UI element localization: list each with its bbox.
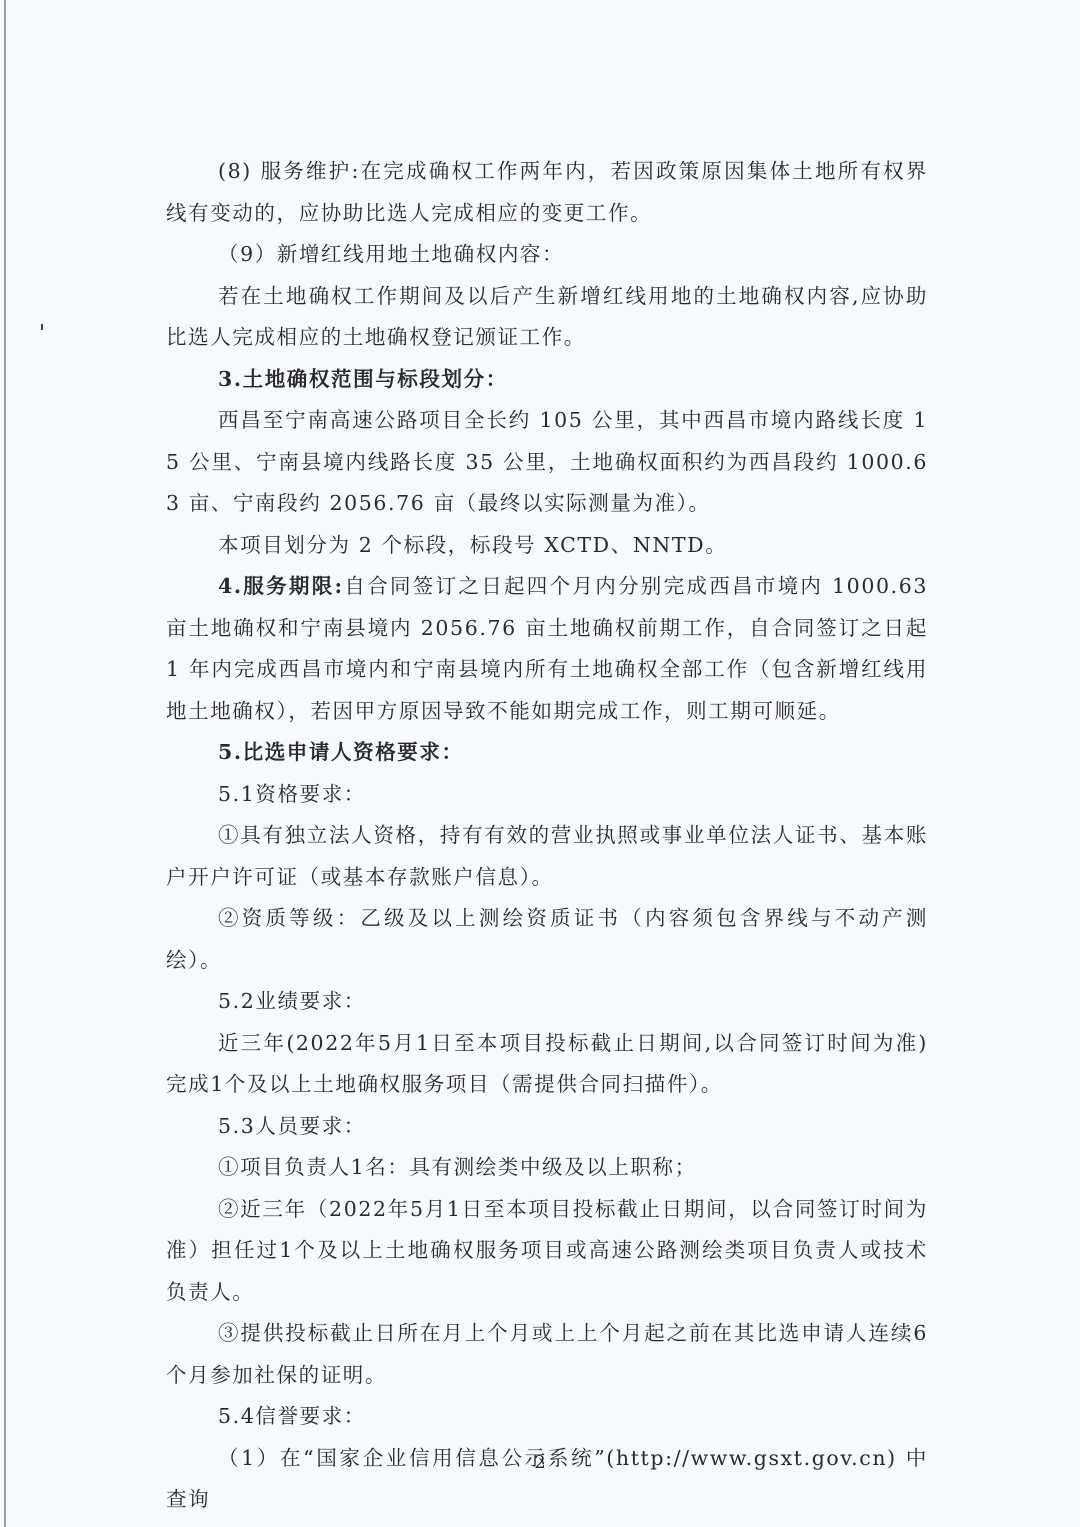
paragraph-legal-entity: ①具有独立法人资格，持有有效的营业执照或事业单位法人证书、基本账户开户许可证（或… [166,815,928,898]
paragraph-text: 5.3人员要求： [218,1114,366,1138]
document-page-body: (8) 服务维护:在完成确权工作两年内，若因政策原因集体土地所有权界线有变动的，… [166,151,928,1521]
paragraph-scope-length: 西昌至宁南高速公路项目全长约 105 公里，其中西昌市境内路线长度 15 公里、… [166,400,928,525]
subsection-heading-5-2: 5.2业绩要求： [166,981,928,1023]
paragraph-scope-sections: 本项目划分为 2 个标段，标段号 XCTD、NNTD。 [166,525,928,567]
paragraph-text: (8) 服务维护:在完成确权工作两年内，若因政策原因集体土地所有权界线有变动的，… [166,159,928,225]
subsection-heading-5-4: 5.4信誉要求： [166,1396,928,1438]
paragraph-credit-check: （1）在“国家企业信用信息公示系统”(http://www.gsxt.gov.c… [166,1438,928,1521]
paragraph-text: ①项目负责人1名：具有测绘类中级及以上职称； [218,1155,697,1179]
heading-text: 5.比选申请人资格要求： [218,740,464,764]
paragraph-text: 若在土地确权工作期间及以后产生新增红线用地的土地确权内容,应协助比选人完成相应的… [166,284,928,350]
paragraph-text: 5.2业绩要求： [218,989,366,1013]
paragraph-text: ②近三年（2022年5月1日至本项目投标截止日期间，以合同签订时间为准）担任过1… [166,1197,928,1304]
subsection-heading-5-3: 5.3人员要求： [166,1106,928,1148]
section-heading-scope: 3.土地确权范围与标段划分： [166,359,928,401]
paragraph-text: （9）新增红线用地土地确权内容： [218,242,564,266]
heading-text: 4.服务期限: [218,574,344,598]
paragraph-text: 近三年(2022年5月1日至本项目投标截止日期间,以合同签订时间为准)完成1个及… [166,1031,928,1097]
paragraph-text: 西昌至宁南高速公路项目全长约 105 公里，其中西昌市境内路线长度 15 公里、… [166,408,928,515]
scan-edge-line [4,0,6,1527]
paragraph-new-redline-body: 若在土地确权工作期间及以后产生新增红线用地的土地确权内容,应协助比选人完成相应的… [166,276,928,359]
paragraph-text: ②资质等级：乙级及以上测绘资质证书（内容须包含界线与不动产测绘）。 [166,906,928,972]
paragraph-text: 5.1资格要求： [218,782,366,806]
paragraph-new-redline-heading: （9）新增红线用地土地确权内容： [166,234,928,276]
paragraph-text: ①具有独立法人资格，持有有效的营业执照或事业单位法人证书、基本账户开户许可证（或… [166,823,928,889]
section-service-period: 4.服务期限:自合同签订之日起四个月内分别完成西昌市境内 1000.63 亩土地… [166,566,928,732]
paragraph-text: 5.4信誉要求： [218,1404,366,1428]
subsection-heading-5-1: 5.1资格要求： [166,774,928,816]
heading-text: 3.土地确权范围与标段划分： [218,367,508,391]
paragraph-performance: 近三年(2022年5月1日至本项目投标截止日期间,以合同签订时间为准)完成1个及… [166,1023,928,1106]
paragraph-text: 本项目划分为 2 个标段，标段号 XCTD、NNTD。 [218,533,727,557]
paragraph-service-maintenance: (8) 服务维护:在完成确权工作两年内，若因政策原因集体土地所有权界线有变动的，… [166,151,928,234]
paragraph-project-lead: ①项目负责人1名：具有测绘类中级及以上职称； [166,1147,928,1189]
paragraph-social-insurance: ③提供投标截止日所在月上个月或上上个月起之前在其比选申请人连续6个月参加社保的证… [166,1313,928,1396]
page-number: 2 [0,1452,1080,1473]
section-heading-qualifications: 5.比选申请人资格要求： [166,732,928,774]
paragraph-qualification-level: ②资质等级：乙级及以上测绘资质证书（内容须包含界线与不动产测绘）。 [166,898,928,981]
paragraph-text: ③提供投标截止日所在月上个月或上上个月起之前在其比选申请人连续6个月参加社保的证… [166,1321,928,1387]
scan-artifact-mark [41,324,43,330]
paragraph-lead-experience: ②近三年（2022年5月1日至本项目投标截止日期间，以合同签订时间为准）担任过1… [166,1189,928,1314]
